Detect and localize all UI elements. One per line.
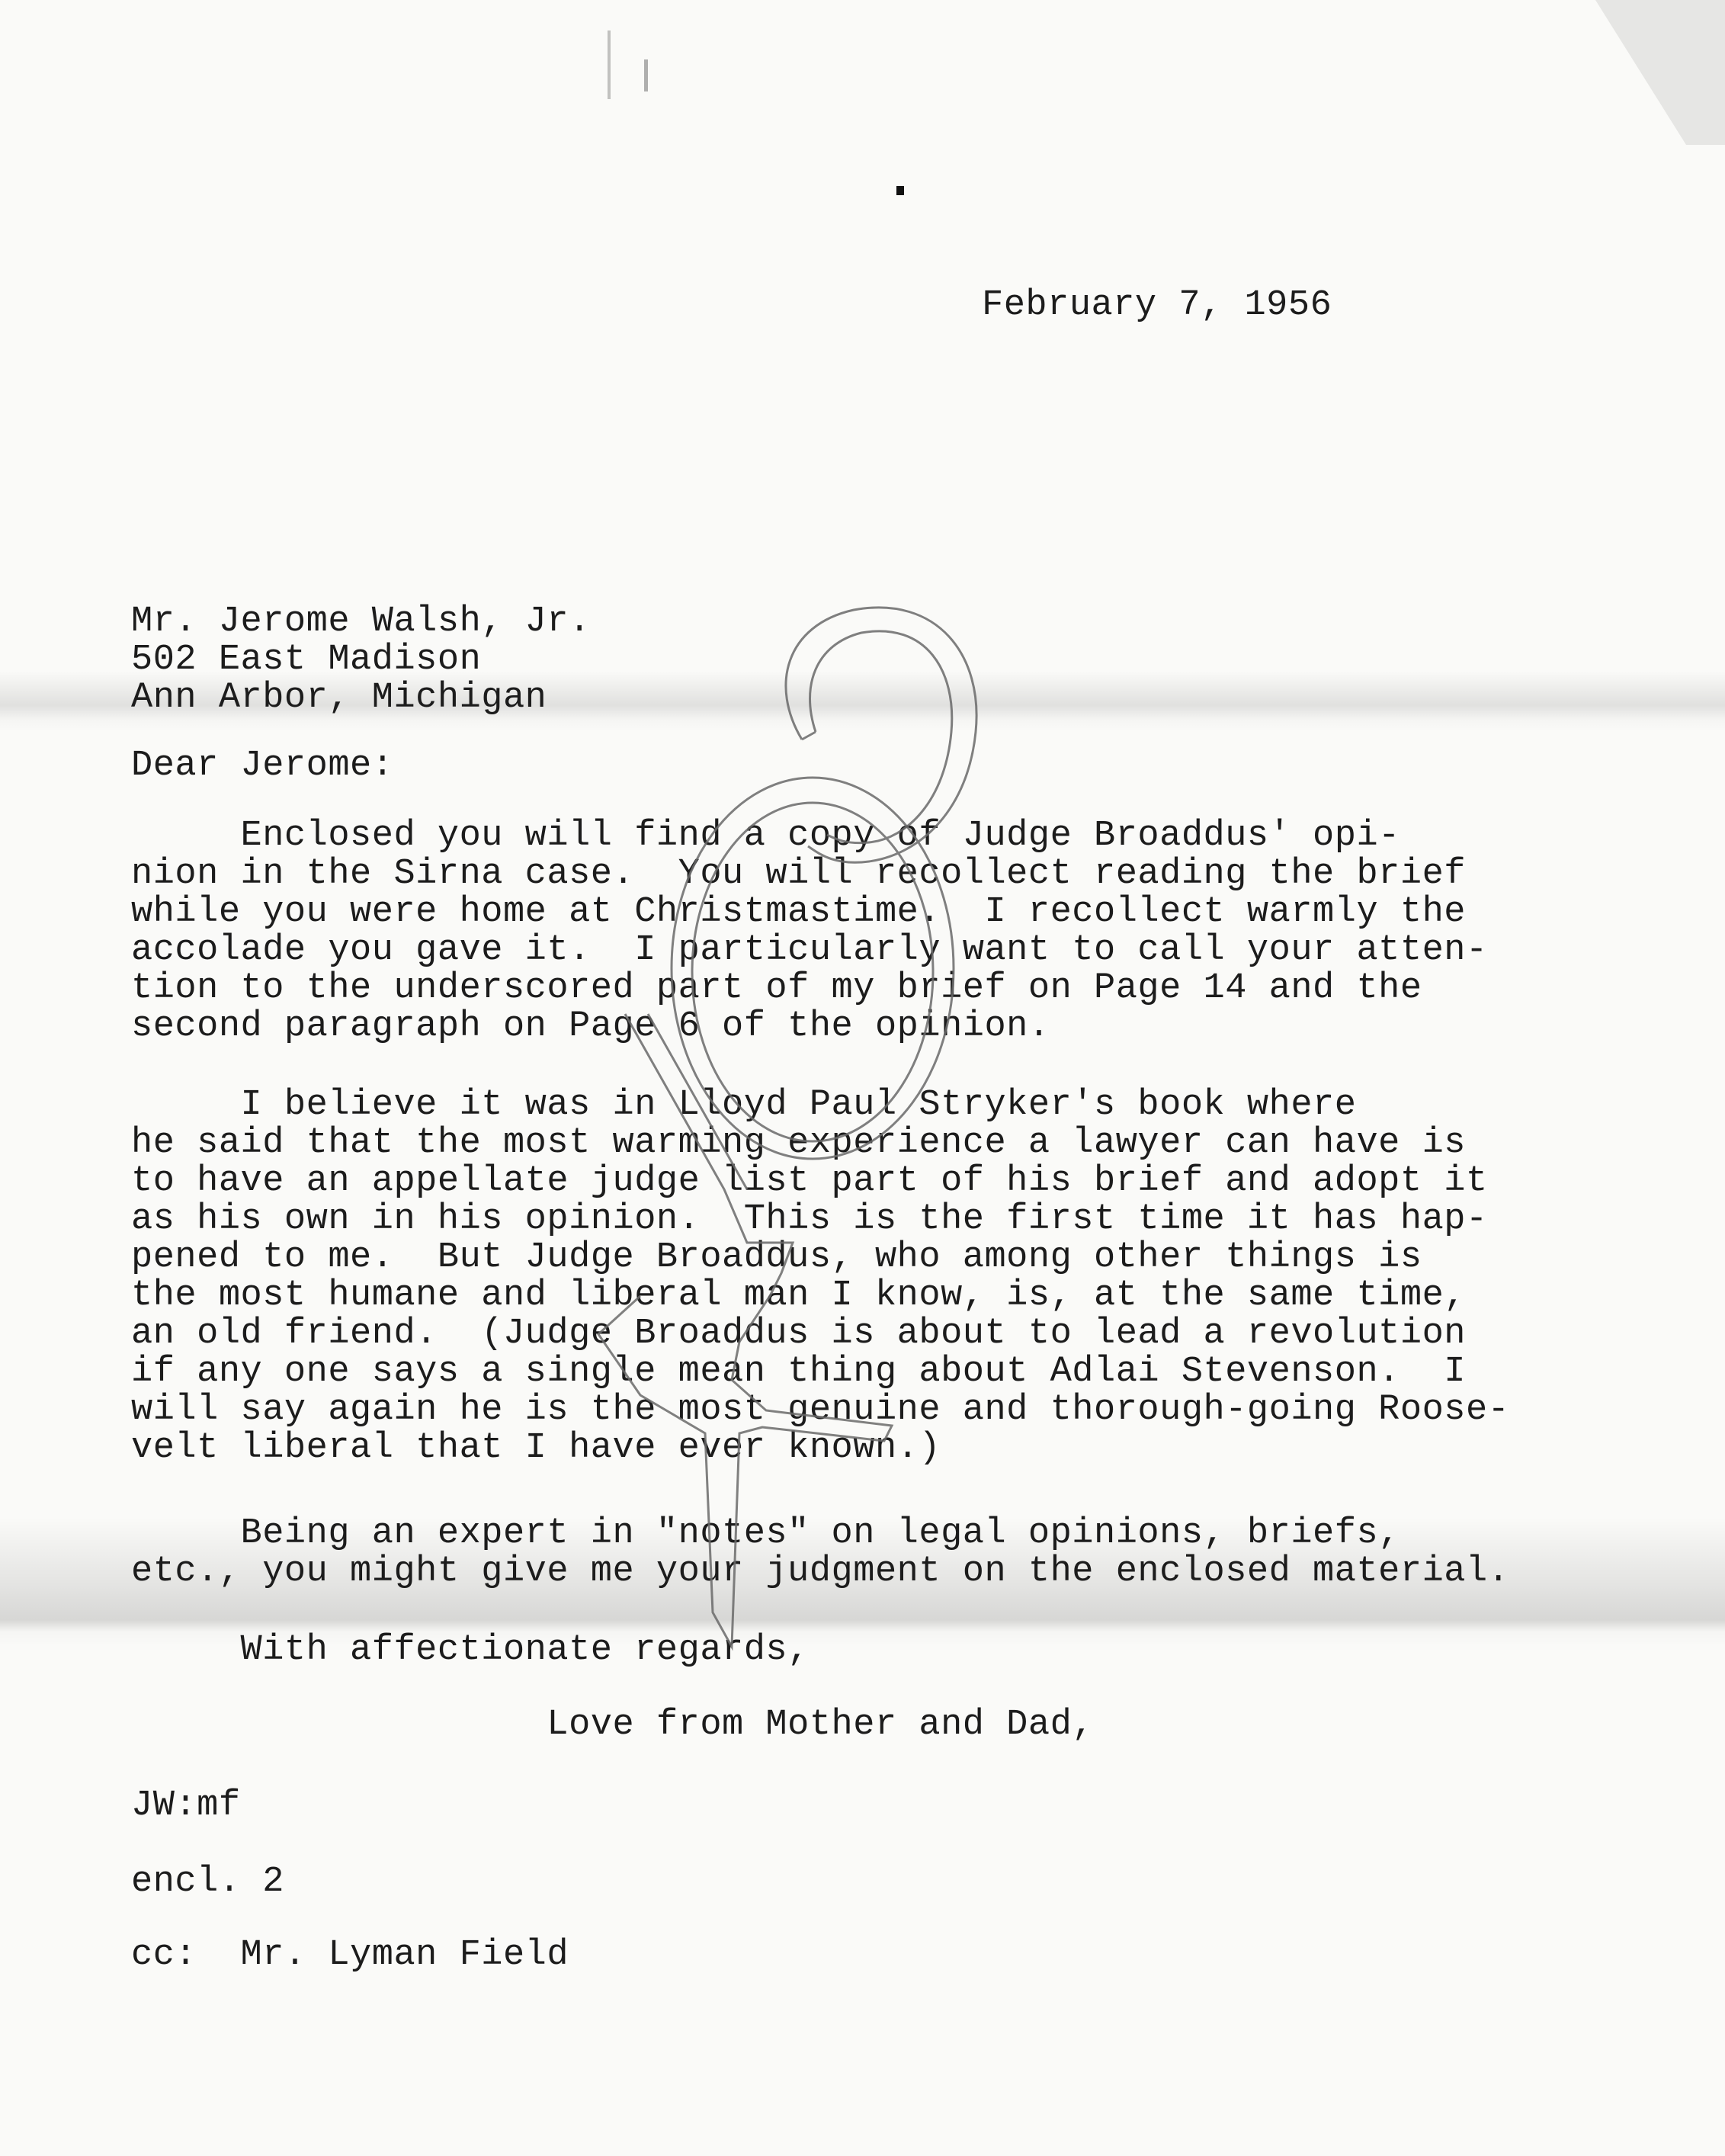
- body-line: velt liberal that I have ever known.): [131, 1429, 941, 1468]
- body-line: Enclosed you will find a copy of Judge B…: [131, 817, 1400, 855]
- recipient-street: 502 East Madison: [131, 641, 481, 679]
- enclosures-note: encl. 2: [131, 1863, 284, 1901]
- body-line: an old friend. (Judge Broaddus is about …: [131, 1315, 1466, 1353]
- stray-dot: [896, 186, 904, 195]
- closing: With affectionate regards,: [131, 1631, 810, 1670]
- body-line: accolade you gave it. I particularly wan…: [131, 932, 1488, 970]
- body-line: tion to the underscored part of my brief…: [131, 970, 1422, 1008]
- body-line: nion in the Sirna case. You will recolle…: [131, 855, 1466, 894]
- signature-line: Love from Mother and Dad,: [131, 1706, 1094, 1744]
- body-line: second paragraph on Page 6 of the opinio…: [131, 1008, 1050, 1046]
- body-line: as his own in his opinion. This is the f…: [131, 1201, 1488, 1239]
- body-line: will say again he is the most genuine an…: [131, 1391, 1509, 1429]
- body-line: I believe it was in Lloyd Paul Stryker's…: [131, 1086, 1356, 1125]
- recipient-city: Ann Arbor, Michigan: [131, 679, 547, 717]
- body-line: etc., you might give me your judgment on…: [131, 1553, 1509, 1591]
- reference-initials: JW:mf: [131, 1787, 241, 1825]
- body-line: to have an appellate judge list part of …: [131, 1163, 1488, 1201]
- body-line: while you were home at Christmastime. I …: [131, 894, 1466, 932]
- body-line: if any one says a single mean thing abou…: [131, 1353, 1466, 1391]
- stray-mark: [644, 59, 648, 91]
- letter-paper: [0, 0, 1725, 2156]
- stray-mark: [608, 30, 611, 99]
- salutation: Dear Jerome:: [131, 747, 393, 785]
- body-line: the most humane and liberal man I know, …: [131, 1277, 1466, 1315]
- letter-date: February 7, 1956: [982, 287, 1332, 325]
- recipient-name: Mr. Jerome Walsh, Jr.: [131, 603, 591, 641]
- body-line: he said that the most warming experience…: [131, 1125, 1466, 1163]
- cc-line: cc: Mr. Lyman Field: [131, 1936, 569, 1975]
- body-line: Being an expert in "notes" on legal opin…: [131, 1515, 1400, 1553]
- body-line: pened to me. But Judge Broaddus, who amo…: [131, 1239, 1422, 1277]
